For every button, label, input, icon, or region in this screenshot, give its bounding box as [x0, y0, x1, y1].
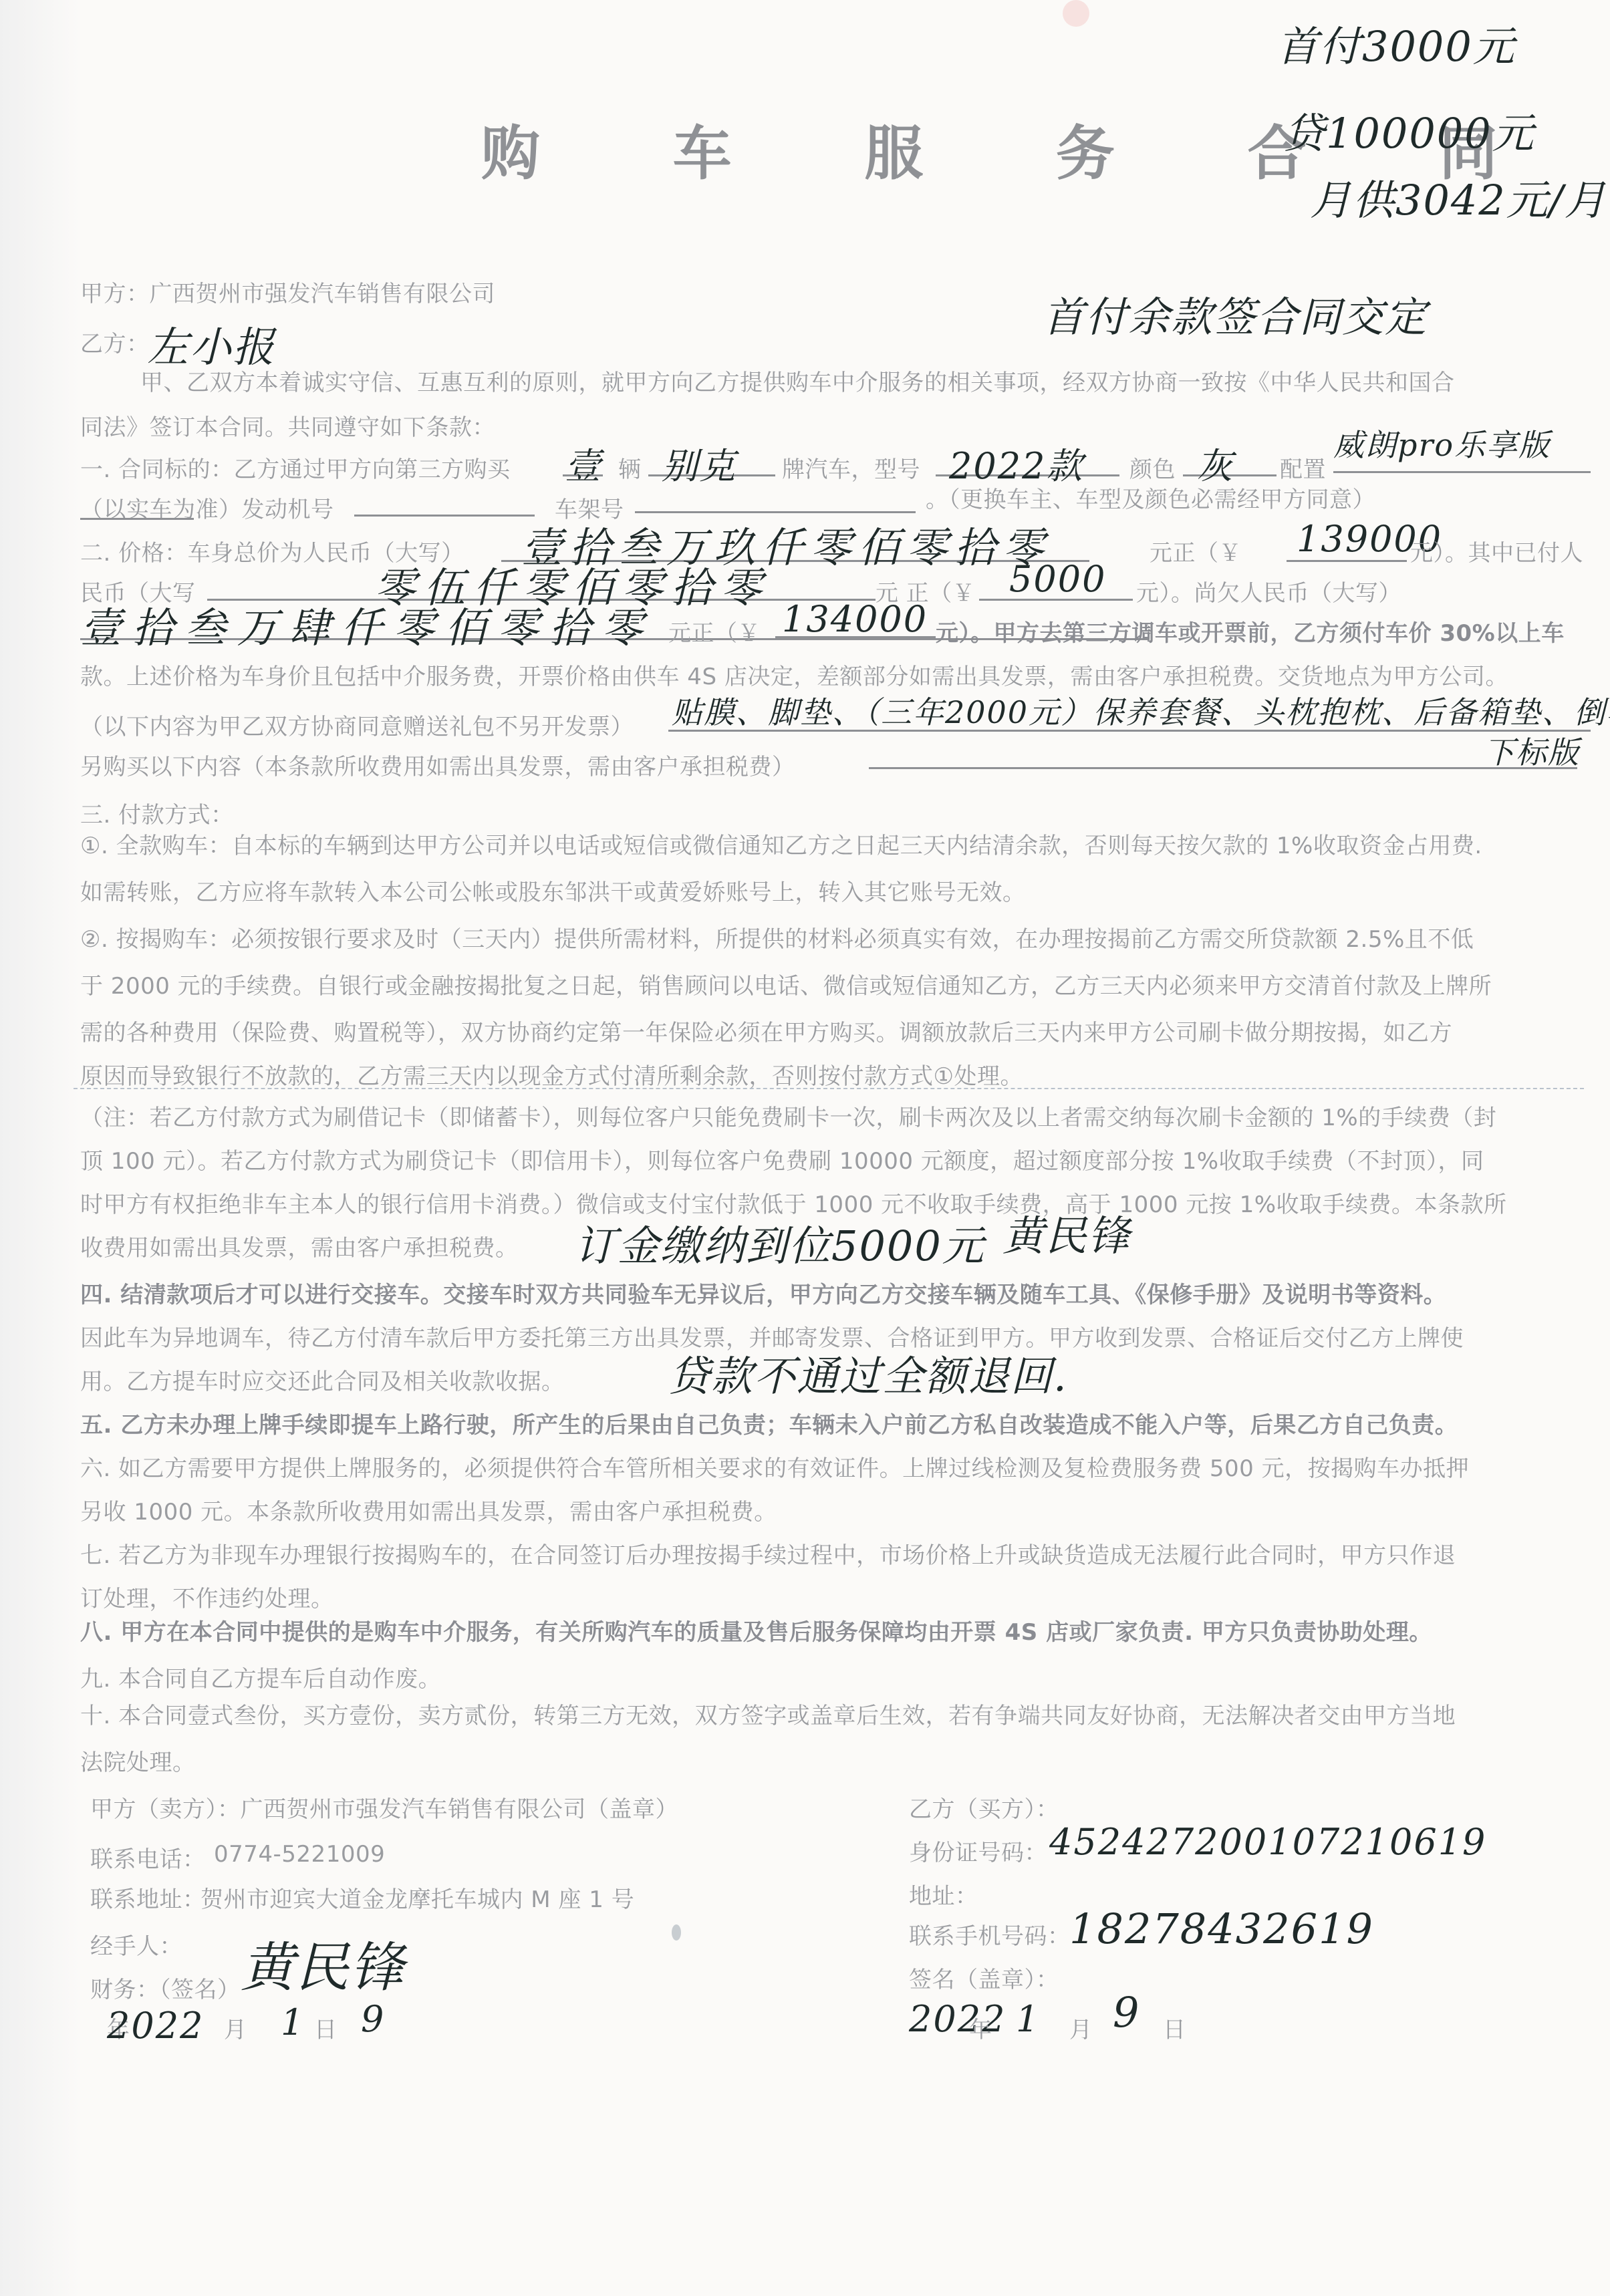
clause-4: 四. 结清款项后才可以进行交接车。交接车时双方共同验车无异议后，甲方向乙方交接车…	[80, 1276, 1446, 1309]
underline	[1333, 471, 1591, 473]
paid-suffix: 元）。尚欠人民币（大写）	[1136, 575, 1401, 607]
clause-10: 十. 本合同壹式叁份，买方壹份，卖方贰份，转第三方无效，双方签字或盖章后生效，若…	[80, 1697, 1456, 1730]
owed-amount: 134000	[782, 598, 928, 640]
buyer-id-number: 452427200107210619	[1049, 1821, 1486, 1863]
clause-10: 法院处理。	[80, 1744, 196, 1777]
buyer-month: 1	[1016, 1998, 1040, 2040]
clause-5: 五. 乙方未办理上牌手续即提车上路行驶，所产生的后果由自己负责；车辆未入户前乙方…	[80, 1407, 1458, 1439]
handwritten-note-loan: 贷100000元	[1283, 100, 1535, 160]
paper-stain	[672, 1924, 681, 1941]
seller-phone: 0774-5221009	[214, 1841, 385, 1868]
seller-address-label: 联系地址：	[90, 1881, 206, 1914]
owed-upper: 壹拾叁万肆仟零佰零拾零	[80, 595, 654, 654]
clause-6: 六. 如乙方需要甲方提供上牌服务的，必须提供符合车管所相关要求的有效证件。上牌过…	[80, 1450, 1469, 1483]
seller-address: 贺州市迎宾大道金龙摩托车城内 M 座 1 号	[200, 1881, 634, 1914]
clause-3-note: 收费用如需出具发票，需由客户承担税费。	[80, 1230, 519, 1262]
clause-3-note: （注：若乙方付款方式为刷借记卡（即储蓄卡），则每位客户只能免费刷卡一次，刷卡两次…	[80, 1099, 1496, 1132]
clause-6: 另收 1000 元。本条款所收费用如需出具发票，需由客户承担税费。	[80, 1493, 777, 1526]
clause-3-p1: 如需转账，乙方应将车款转入本公司公帐或股东邹洪干或黄爱娇账号上，转入其它账号无效…	[80, 874, 1026, 907]
clause-1-unit: 辆	[618, 451, 642, 484]
clause-3-heading: 三. 付款方式：	[80, 797, 234, 829]
total-yuan-label: 元正（￥	[1150, 535, 1242, 567]
seller-month-label: 月	[224, 2011, 247, 2044]
buyer-day-label: 日	[1163, 2011, 1186, 2044]
buyer-day: 9	[1113, 1988, 1140, 2037]
deposit-handwritten-note: 订金缴纳到位5000元	[575, 1213, 985, 1272]
party-b-label: 乙方：	[80, 325, 150, 358]
paper-stain	[1063, 0, 1089, 27]
clause-3-signature: 黄民锋	[1002, 1203, 1131, 1262]
party-a: 甲方：广西贺州市强发汽车销售有限公司	[80, 275, 495, 308]
clause-8: 八. 甲方在本合同中提供的是购车中介服务，有关所购汽车的质量及售后服务保障均由开…	[80, 1614, 1432, 1646]
seller-year: 2022	[107, 2005, 204, 2047]
seller-signature: 黄民锋	[241, 1924, 405, 2001]
clause-7: 订处理，不作违约处理。	[80, 1580, 334, 1613]
clause-1-color-label: 颜色	[1129, 451, 1176, 484]
buyer-mobile: 18278432619	[1069, 1904, 1374, 1953]
underline	[1287, 560, 1407, 562]
header-handwritten-note: 首付余款签合同交定	[1043, 284, 1428, 343]
seller-day-label: 日	[314, 2011, 338, 2044]
buyer-sign-label: 签名（盖章）：	[909, 1961, 1059, 1994]
clause-7: 七. 若乙方为非现车办理银行按揭购车的，在合同签订后办理按揭手续过程中，市场价格…	[80, 1537, 1456, 1570]
preamble: 同法》签订本合同。共同遵守如下条款：	[80, 409, 495, 442]
buyer-address-label: 地址：	[909, 1878, 978, 1910]
buyer-label: 乙方（买方）：	[909, 1791, 1059, 1824]
clause-3-p2: 原因而导致银行不放款的，乙方需三天内以现金方式付清所剩余款，否则按付款方式①处理…	[80, 1058, 1023, 1091]
gift-items: 贴膜、脚垫、（三年2000元）保养套餐、头枕抱枕、后备箱垫、倒车影像、行车记录仪	[672, 688, 1610, 732]
owed-suffix: 元）。甲方去第三方调车或开票前，乙方须付车价 30%以上车	[936, 615, 1565, 648]
clause-1-config-label: 配置	[1280, 451, 1326, 484]
paid-amount: 5000	[1009, 558, 1106, 600]
clause-3-p2: 于 2000 元的手续费。自银行或金融按揭批复之日起，销售顾问以电话、微信或短信…	[80, 968, 1492, 1000]
clause-1-qty: 壹	[565, 438, 602, 489]
buyer-mobile-label: 联系手机号码：	[909, 1918, 1071, 1951]
gift-prefix: （以下内容为甲乙双方协商同意赠送礼包不另开发票）	[80, 708, 634, 741]
seller-phone-label: 联系电话：	[90, 1841, 206, 1874]
handwritten-note-down-payment: 首付3000元	[1277, 13, 1516, 73]
owed-yuan-label: 元正（￥	[668, 615, 761, 648]
clause-1-brand-suffix: 牌汽车，型号	[782, 451, 920, 484]
extra-prefix: 另购买以下内容（本条款所收费用如需出具发票，需由客户承担税费）	[80, 748, 795, 781]
engine-number-field	[354, 515, 535, 517]
refund-handwritten-note: 贷款不通过全额退回.	[668, 1343, 1068, 1403]
underline	[80, 518, 194, 520]
gift-items-overflow: 下标版	[1484, 728, 1580, 772]
seller-day: 9	[361, 1998, 385, 2040]
fold-line	[74, 1088, 1584, 1089]
handwritten-note-monthly: 月供3042元/月	[1310, 167, 1607, 227]
buyer-month-label: 月	[1069, 2011, 1093, 2044]
clause-1-config: 威朗pro乐享版	[1333, 421, 1551, 465]
total-suffix: 元）。其中已付人	[1410, 535, 1583, 567]
clause-3-p2: ②. 按揭购车：必须按银行要求及时（三天内）提供所需材料，所提供的材料必须真实有…	[80, 921, 1474, 954]
seller-label: 甲方（卖方）：广西贺州市强发汽车销售有限公司（盖章）	[90, 1791, 678, 1824]
seller-month: 1	[281, 2001, 305, 2043]
preamble: 甲、乙双方本着诚实守信、互惠互利的原则，就甲方向乙方提供购车中介服务的相关事项，…	[140, 364, 1455, 397]
clause-1-prefix: 一. 合同标的：乙方通过甲方向第三方购买	[80, 451, 511, 484]
clause-1-brand: 别克	[662, 438, 736, 489]
seller-handler-label: 经手人：	[90, 1928, 182, 1961]
buyer-year-label: 年	[969, 2011, 992, 2044]
clause-9: 九. 本合同自乙方提车后自动作废。	[80, 1661, 441, 1693]
clause-4: 用。乙方提车时应交还此合同及相关收款收据。	[80, 1363, 565, 1396]
buyer-id-label: 身份证号码：	[909, 1834, 1047, 1867]
clause-3-p1: ①. 全款购车：自本标的车辆到达甲方公司并以电话或短信或微信通知乙方之日起三天内…	[80, 827, 1482, 860]
clause-3-note: 顶 100 元）。若乙方付款方式为刷贷记卡（即信用卡），则每位客户免费刷 100…	[80, 1143, 1484, 1175]
frame-number-field	[635, 511, 916, 513]
clause-3-p2: 需的各种费用（保险费、购置税等），双方协商约定第一年保险必须在甲方购买。调额放款…	[80, 1014, 1452, 1047]
seller-finance-label: 财务：（签名）	[90, 1971, 241, 2004]
extra-field	[869, 767, 1577, 769]
clause-2-line4: 款。上述价格为车身价且包括中介服务费，开票价格由供车 4S 店决定，差额部分如需…	[80, 658, 1508, 691]
clause-1-note: 。（更换车主、车型及颜色必需经甲方同意）	[926, 481, 1375, 514]
